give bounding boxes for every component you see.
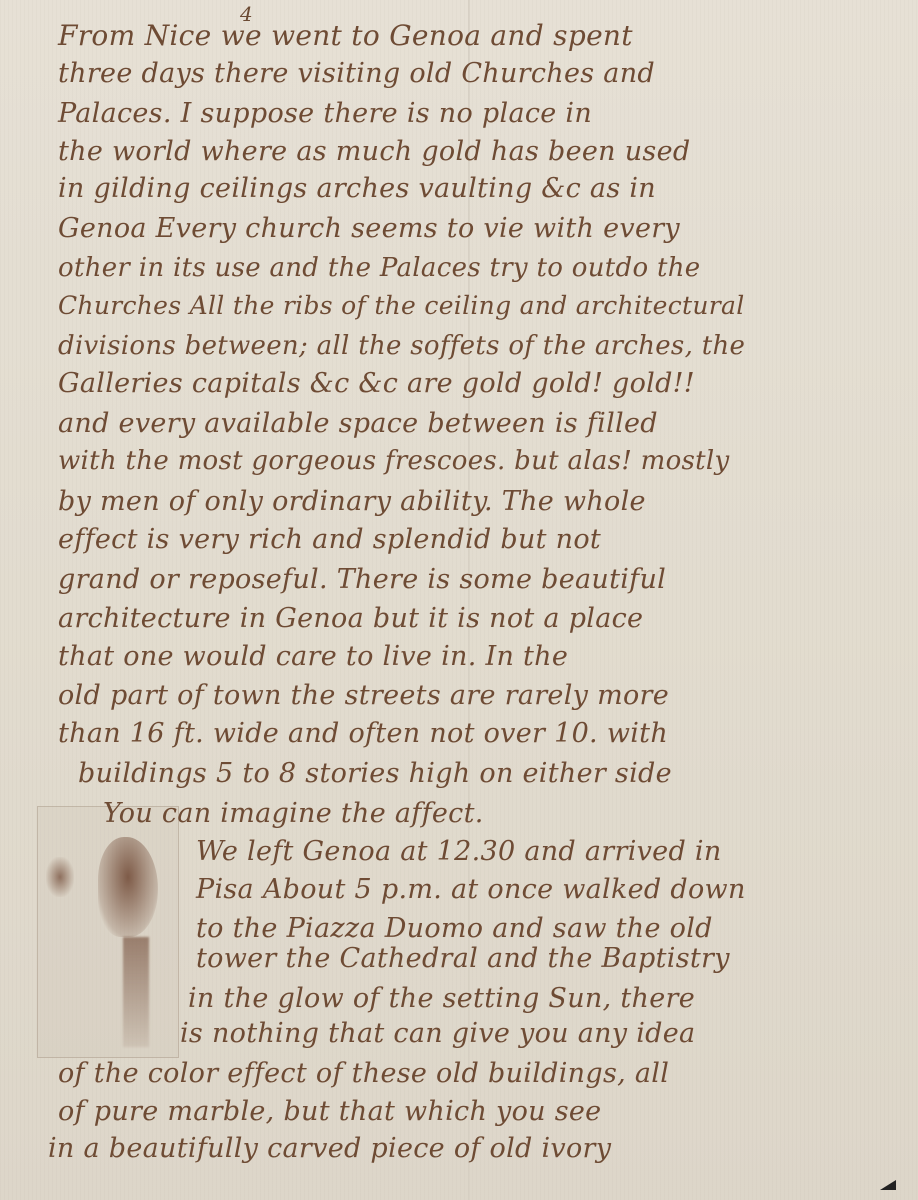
handwritten-line: by men of only ordinary ability. The who… xyxy=(58,488,646,515)
handwritten-line: tower the Cathedral and the Baptistry xyxy=(196,945,730,972)
handwritten-line: divisions between; all the soffets of th… xyxy=(58,333,745,359)
corner-mark xyxy=(880,1180,896,1190)
handwritten-line: Pisa About 5 p.m. at once walked down xyxy=(196,876,746,903)
handwritten-line: old part of town the streets are rarely … xyxy=(58,682,669,709)
handwritten-line: three days there visiting old Churches a… xyxy=(58,60,655,87)
handwritten-line: is nothing that can give you any idea xyxy=(180,1020,695,1047)
handwritten-line: Palaces. I suppose there is no place in xyxy=(58,100,592,127)
handwritten-line: grand or reposeful. There is some beauti… xyxy=(58,566,666,593)
handwritten-line: than 16 ft. wide and often not over 10. … xyxy=(58,720,668,747)
handwritten-line: the world where as much gold has been us… xyxy=(58,138,690,165)
handwritten-line: You can imagine the affect. xyxy=(103,800,484,827)
handwritten-line: of pure marble, but that which you see xyxy=(58,1098,601,1125)
letter-page: 4 From Nice we went to Genoa and spentth… xyxy=(0,0,918,1200)
handwritten-line: with the most gorgeous frescoes. but ala… xyxy=(58,448,730,474)
handwritten-line: buildings 5 to 8 stories high on either … xyxy=(78,760,672,787)
handwritten-line: and every available space between is fil… xyxy=(58,410,658,437)
handwritten-line: From Nice we went to Genoa and spent xyxy=(58,22,633,50)
handwritten-line: of the color effect of these old buildin… xyxy=(58,1060,669,1087)
stain-blob xyxy=(98,837,158,937)
handwritten-line: Genoa Every church seems to vie with eve… xyxy=(58,215,680,242)
handwritten-line: Churches All the ribs of the ceiling and… xyxy=(58,293,745,318)
handwritten-line: in the glow of the setting Sun, there xyxy=(188,985,695,1012)
handwritten-line: other in its use and the Palaces try to … xyxy=(58,255,700,281)
handwritten-line: We left Genoa at 12.30 and arrived in xyxy=(196,838,722,865)
stain-drip xyxy=(123,937,149,1047)
handwritten-line: effect is very rich and splendid but not xyxy=(58,526,601,553)
ink-stain-blot xyxy=(37,806,179,1058)
handwritten-line: Galleries capitals &c &c are gold gold! … xyxy=(58,370,695,397)
handwritten-line: that one would care to live in. In the xyxy=(58,643,568,670)
handwritten-line: in gilding ceilings arches vaulting &c a… xyxy=(58,175,656,202)
stain-blob xyxy=(46,857,74,897)
handwritten-line: architecture in Genoa but it is not a pl… xyxy=(58,605,643,632)
handwritten-line: in a beautifully carved piece of old ivo… xyxy=(48,1135,611,1162)
handwritten-line: to the Piazza Duomo and saw the old xyxy=(196,915,713,942)
